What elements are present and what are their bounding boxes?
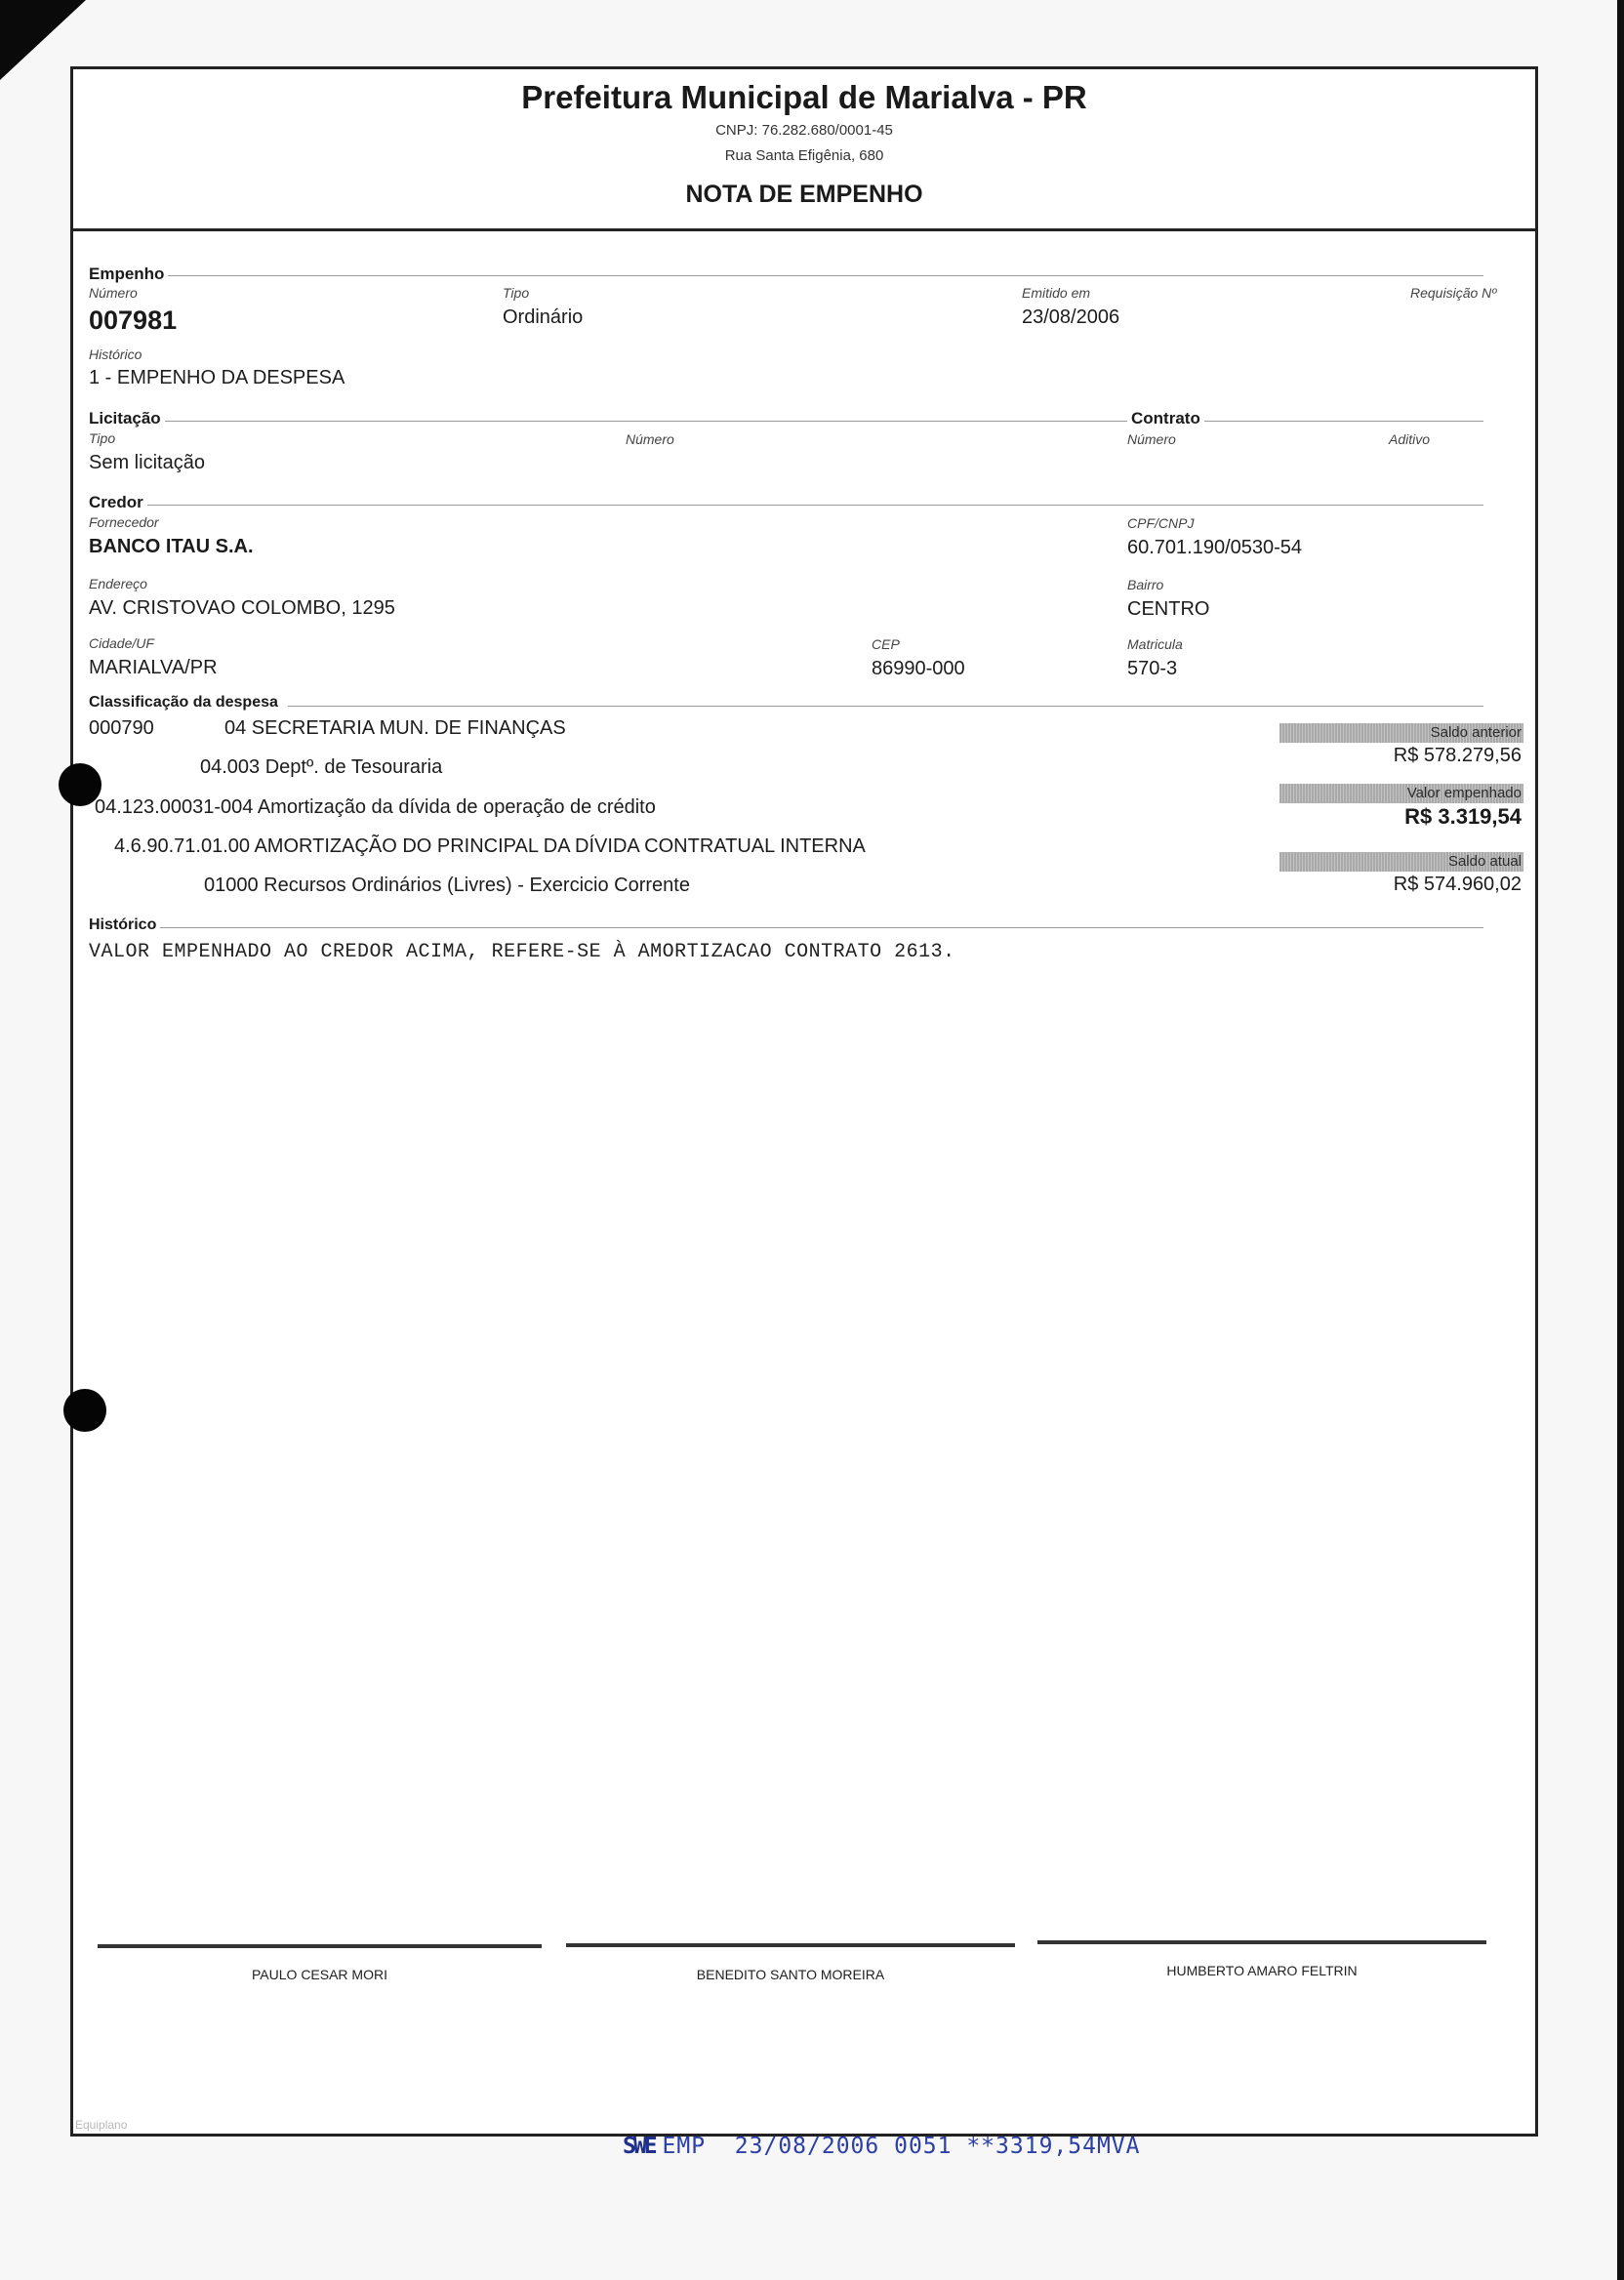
licitacao-numero-label: Número bbox=[626, 431, 674, 447]
contrato-aditivo-label: Aditivo bbox=[1389, 431, 1430, 447]
signature-line bbox=[566, 1943, 1015, 1947]
cpf-cnpj-value: 60.701.190/0530-54 bbox=[1127, 537, 1302, 559]
emitido-em-date: 23/08/2006 bbox=[1022, 306, 1119, 329]
section-title-classificacao: Classificação da despesa bbox=[89, 694, 282, 712]
punch-hole bbox=[63, 1389, 106, 1432]
section-title-licitacao: Licitação bbox=[89, 409, 165, 428]
fornecedor-name: BANCO ITAU S.A. bbox=[89, 536, 254, 558]
organization-cnpj: CNPJ: 76.282.680/0001-45 bbox=[73, 122, 1535, 139]
document-title: NOTA DE EMPENHO bbox=[73, 181, 1535, 209]
saldo-anterior-value: R$ 578.279,56 bbox=[1394, 745, 1522, 767]
classificacao-line-elemento: 4.6.90.71.01.00 AMORTIZAÇÃO DO PRINCIPAL… bbox=[114, 835, 866, 858]
valor-empenhado-value: R$ 3.319,54 bbox=[1404, 804, 1522, 830]
classificacao-code: 000790 bbox=[89, 717, 154, 740]
fornecedor-label: Fornecedor bbox=[89, 514, 159, 530]
stamp-logo-icon: SWE bbox=[623, 2134, 655, 2159]
empenho-numero: 007981 bbox=[89, 305, 177, 336]
signatory-name: BENEDITO SANTO MOREIRA bbox=[566, 1967, 1015, 1982]
cep-value: 86990-000 bbox=[872, 658, 965, 680]
signatory-name: HUMBERTO AMARO FELTRIN bbox=[1037, 1963, 1486, 1978]
contrato-numero-label: Número bbox=[1127, 431, 1176, 447]
section-divider bbox=[132, 275, 1483, 276]
stamp-text: EMP 23/08/2006 0051 **3319,54MVA bbox=[663, 2134, 1141, 2159]
classificacao-line-recurso: 01000 Recursos Ordinários (Livres) - Exe… bbox=[204, 875, 690, 897]
section-title-historico: Histórico bbox=[89, 916, 160, 934]
software-watermark: Equiplano bbox=[75, 2118, 127, 2132]
saldo-atual-value: R$ 574.960,02 bbox=[1394, 874, 1522, 896]
endereco-value: AV. CRISTOVAO COLOMBO, 1295 bbox=[89, 597, 395, 620]
cep-label: CEP bbox=[872, 636, 900, 652]
endereco-label: Endereço bbox=[89, 576, 147, 591]
section-title-credor: Credor bbox=[89, 493, 147, 512]
signatory-name: PAULO CESAR MORI bbox=[98, 1967, 542, 1982]
requisicao-label: Requisição Nº bbox=[1410, 285, 1496, 301]
matricula-label: Matricula bbox=[1127, 636, 1183, 652]
cpf-cnpj-label: CPF/CNPJ bbox=[1127, 515, 1194, 531]
empenho-historico-label: Histórico bbox=[89, 346, 142, 362]
bairro-value: CENTRO bbox=[1127, 598, 1209, 621]
section-divider bbox=[288, 706, 1483, 707]
section-divider bbox=[132, 927, 1483, 928]
valor-empenhado-label: Valor empenhado bbox=[1279, 784, 1523, 803]
empenho-numero-label: Número bbox=[89, 285, 138, 301]
classificacao-line-orgao: 04 SECRETARIA MUN. DE FINANÇAS bbox=[224, 717, 566, 740]
section-divider bbox=[132, 421, 1483, 422]
licitacao-tipo: Sem licitação bbox=[89, 452, 205, 474]
organization-address: Rua Santa Efigênia, 680 bbox=[73, 147, 1535, 164]
historico-text: VALOR EMPENHADO AO CREDOR ACIMA, REFERE-… bbox=[89, 941, 955, 963]
cidade-value: MARIALVA/PR bbox=[89, 657, 218, 679]
signature-line bbox=[98, 1944, 542, 1948]
cidade-label: Cidade/UF bbox=[89, 635, 154, 651]
licitacao-tipo-label: Tipo bbox=[89, 430, 115, 446]
empenho-tipo: Ordinário bbox=[503, 306, 583, 329]
punch-hole bbox=[59, 763, 101, 806]
saldo-anterior-label: Saldo anterior bbox=[1279, 723, 1523, 743]
matricula-value: 570-3 bbox=[1127, 658, 1177, 680]
mechanical-authentication-stamp: SWEEMP 23/08/2006 0051 **3319,54MVA bbox=[623, 2134, 1141, 2159]
bairro-label: Bairro bbox=[1127, 577, 1163, 592]
scan-edge-shadow bbox=[1617, 0, 1624, 2280]
emitido-em-label: Emitido em bbox=[1022, 285, 1090, 301]
saldo-atual-label: Saldo atual bbox=[1279, 852, 1523, 872]
document-header: Prefeitura Municipal de Marialva - PR CN… bbox=[73, 69, 1535, 231]
signature-line bbox=[1037, 1940, 1486, 1944]
organization-name: Prefeitura Municipal de Marialva - PR bbox=[73, 79, 1535, 116]
section-title-empenho: Empenho bbox=[89, 265, 168, 284]
section-title-contrato: Contrato bbox=[1127, 409, 1204, 428]
empenho-tipo-label: Tipo bbox=[503, 285, 529, 301]
classificacao-line-unidade: 04.003 Deptº. de Tesouraria bbox=[200, 756, 442, 779]
classificacao-line-funcional: 04.123.00031-004 Amortização da dívida d… bbox=[95, 796, 656, 819]
empenho-historico: 1 - EMPENHO DA DESPESA bbox=[89, 367, 345, 389]
section-divider bbox=[132, 505, 1483, 506]
nota-de-empenho-form: Prefeitura Municipal de Marialva - PR CN… bbox=[70, 66, 1538, 2137]
